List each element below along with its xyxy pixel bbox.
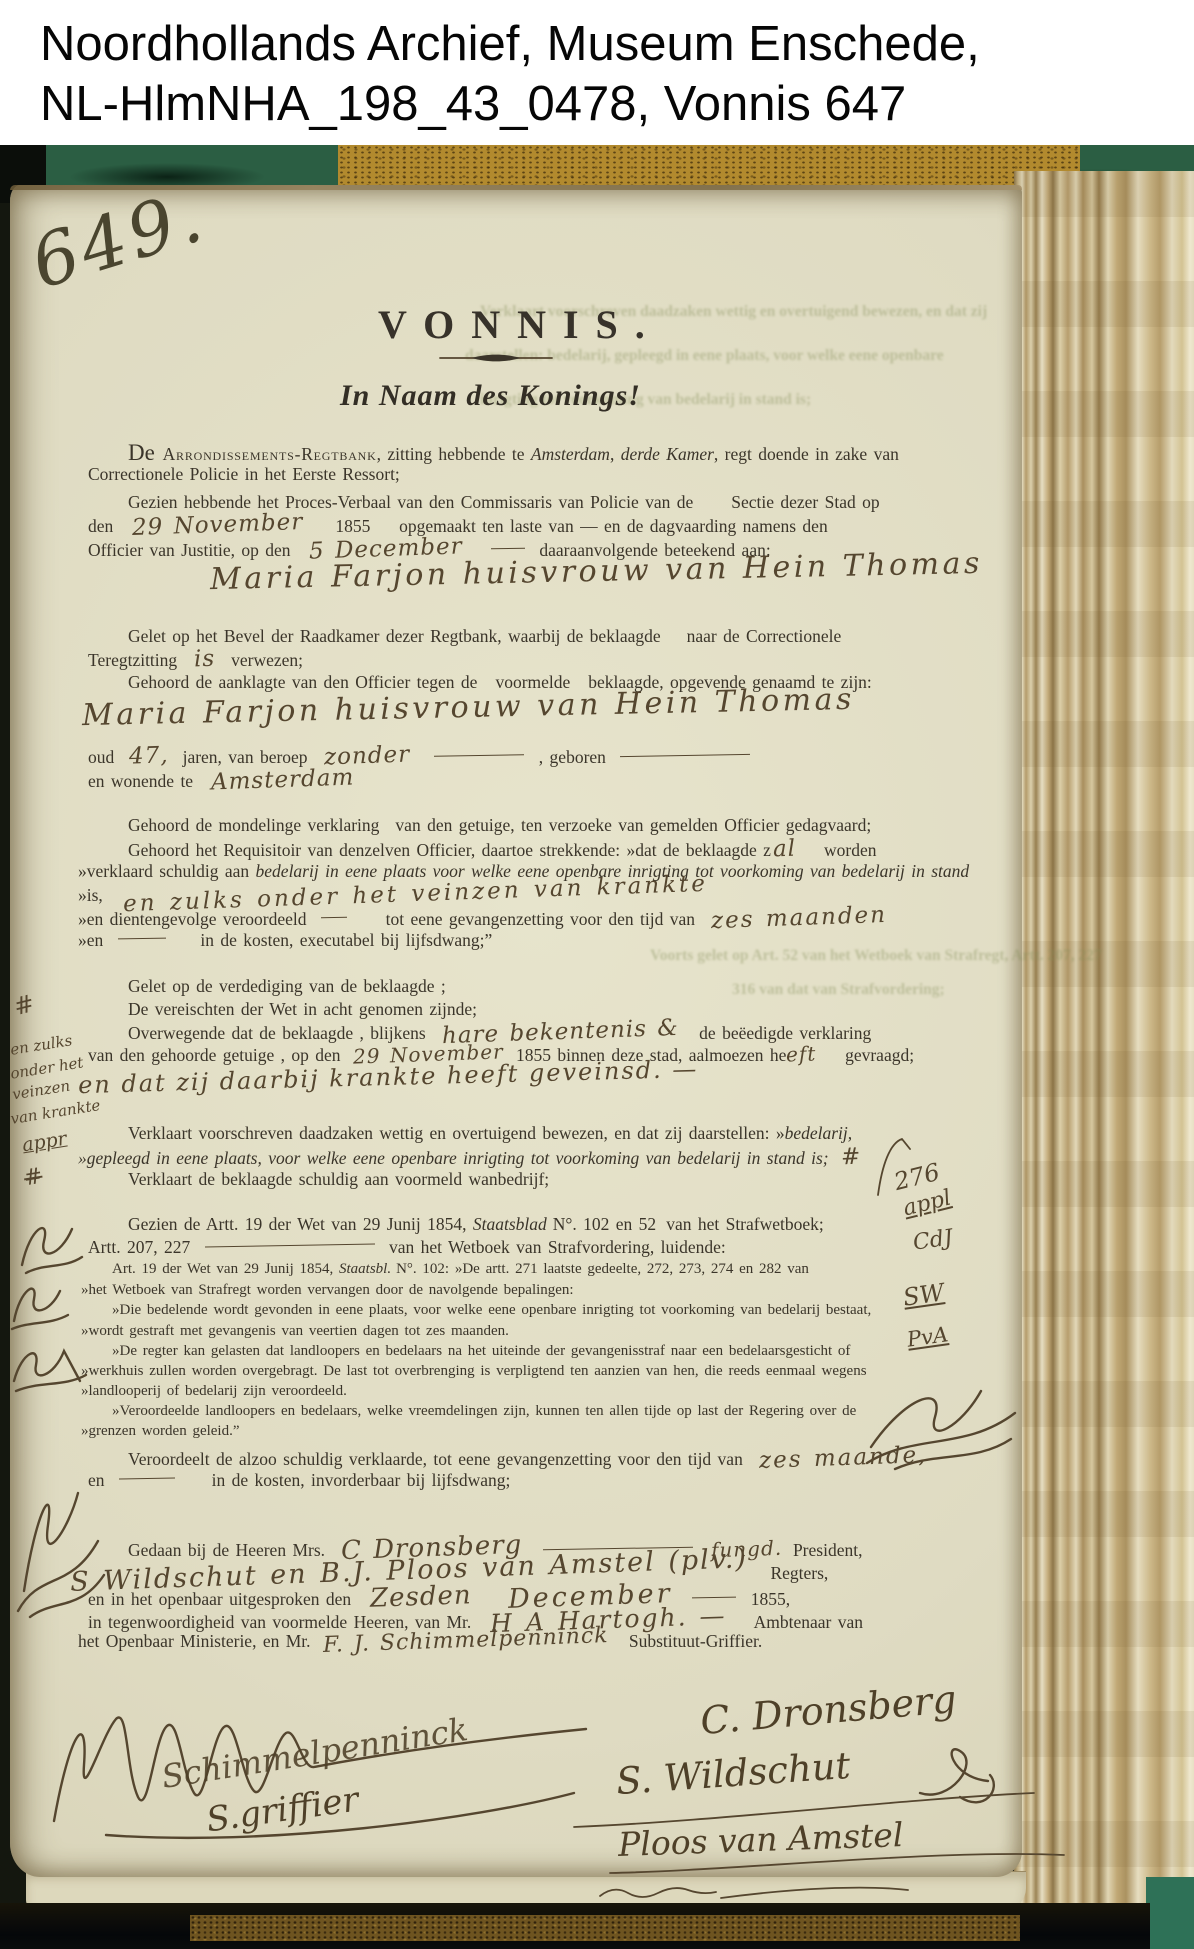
printed-text: Artt. 207, 227 — [88, 1237, 190, 1257]
printed-text: het Openbaar Ministerie, en Mr. — [78, 1631, 311, 1651]
ink-dash — [692, 1597, 736, 1599]
printed-text: Gezien hebbende het Proces-Verbaal van d… — [128, 492, 693, 512]
printed-text: Staatsbl. — [339, 1261, 391, 1277]
body-line: Gelet op de verdediging van de beklaagde… — [128, 976, 446, 996]
partial-signature-squiggle — [596, 1878, 916, 1904]
body-line-teregtzitting: Teregtzitting is verwezen; — [88, 648, 303, 671]
printed-text: en wonende te — [88, 771, 193, 791]
printed-text: , geboren — [539, 747, 606, 767]
royal-motto: In Naam des Konings! — [340, 379, 641, 413]
printed-text: van den getuige — [395, 815, 510, 835]
printed-text: , zitting hebbende te — [377, 444, 531, 464]
body-line-wetten: Gezien de Artt. 19 der Wet van 29 Junij … — [128, 1214, 824, 1234]
statute-line: »landlooperij of bedelarij zijn veroorde… — [81, 1383, 347, 1400]
body-line-proces-verbaal: Gezien hebbende het Proces-Verbaal van d… — [128, 492, 880, 512]
statute-line: »grenzen worden geleid.” — [81, 1423, 240, 1440]
banner-line-1: Noordhollands Archief, Museum Enschede, — [40, 16, 980, 72]
body-line-personalia: oud 47, jaren, van beroep zonder , gebor… — [88, 745, 758, 768]
printed-text: Gehoord het Requisitoir van denzelven Of… — [128, 840, 771, 860]
margin-paraph-squiggle — [10, 1273, 76, 1335]
ink-dash — [205, 1244, 375, 1248]
handwritten-insertion-mark: # — [841, 1146, 862, 1170]
printed-text: Regters, — [770, 1563, 828, 1583]
printed-text: Amsterdam — [531, 444, 610, 464]
printed-text: »en — [78, 930, 103, 950]
handwritten-word: al — [773, 838, 797, 862]
body-line-residence: en wonende te Amsterdam — [88, 769, 355, 792]
body-line-raadkamer: Gelet op het Bevel der Raadkamer dezer R… — [128, 626, 841, 646]
body-line: De vereischten der Wet in acht genomen z… — [128, 999, 477, 1019]
banner-line-2: NL-HlmNHA_198_43_0478, Vonnis 647 — [40, 76, 906, 132]
printed-text: worden — [824, 840, 876, 860]
margin-initials: SW — [901, 1278, 946, 1311]
archive-banner: Noordhollands Archief, Museum Enschede, … — [0, 0, 1194, 145]
ink-dash — [491, 548, 525, 550]
printed-text: De — [128, 440, 163, 465]
document-scan: Verklaart voorschreven daadzaken wettig … — [0, 145, 1194, 1949]
margin-initials: PvA — [906, 1322, 950, 1351]
margin-paraph-flourish — [865, 1377, 1025, 1473]
printed-text: Ambtenaar van — [754, 1612, 863, 1632]
ink-dash — [434, 755, 524, 758]
showthrough-text: Voorts gelet op Art. 52 van het Wetboek … — [650, 947, 1102, 965]
showthrough-text: 316 van dat van Strafvordering; — [732, 981, 945, 999]
printed-text: de beëedigde verklaring — [699, 1023, 871, 1043]
printed-text: , regt doende in zake van — [714, 444, 899, 464]
stacked-page-edges — [1014, 171, 1194, 1949]
signature-judge-president: C. Dronsberg — [699, 1680, 958, 1740]
printed-text: Verklaart voorschreven daadzaken wettig … — [128, 1123, 785, 1143]
printed-text: Gehoord de aanklagte van den Officier te… — [128, 672, 477, 692]
statute-line: »wordt gestraft met gevangenis van veert… — [81, 1323, 509, 1340]
printed-text: Veroordeelt de alzoo schuldig verklaarde… — [128, 1449, 743, 1469]
body-line: Verklaart de beklaagde schuldig aan voor… — [128, 1169, 549, 1189]
body-line-verdict: Veroordeelt de alzoo schuldig verklaarde… — [128, 1447, 928, 1470]
printed-text: jaren, van beroep — [183, 747, 308, 767]
signature-underline-flourish — [608, 1847, 1070, 1877]
body-line-artt: Artt. 207, 227 van het Wetboek van Straf… — [88, 1237, 726, 1257]
statute-line: »Die bedelende wordt gevonden in eene pl… — [112, 1302, 871, 1319]
body-line: Correctionele Policie in het Eerste Ress… — [88, 464, 400, 484]
printed-text: in de kosten, invorderbaar bij lijfsdwan… — [212, 1470, 511, 1490]
printed-text: naar de Correctionele — [687, 626, 842, 646]
body-line-intro: De Arrondissements-Regtbank, zitting heb… — [128, 440, 899, 466]
printed-text: 1855 — [335, 516, 370, 536]
printed-text: in de kosten, executabel bij lijfsdwang;… — [200, 930, 492, 950]
handwritten-sentence-duration: zes maanden — [711, 904, 888, 933]
printed-text: N°. 102: »De artt. 271 laatste gedeelte,… — [396, 1261, 809, 1277]
printed-text: gevraagd; — [845, 1045, 914, 1065]
printed-text: van het Strafwetboek; — [666, 1214, 824, 1234]
printed-text: opgemaakt ten laste van — en de dagvaard… — [399, 516, 828, 536]
document-title: VONNIS. — [378, 301, 662, 348]
printed-text: van het Wetboek van Strafvordering, luid… — [389, 1237, 726, 1257]
background-corner — [1146, 1877, 1194, 1949]
title-divider-ornament — [438, 351, 554, 365]
handwritten-age: 47, — [128, 744, 168, 768]
printed-text: N°. 102 en 52 — [553, 1214, 656, 1234]
body-line-kosten: »en in de kosten, executabel bij lijfsdw… — [78, 930, 492, 950]
printed-text: »gepleegd in eene plaats, voor welke een… — [78, 1148, 829, 1168]
margin-note: onder het — [9, 1053, 85, 1082]
statute-line: »werkhuis zullen worden overgebragt. De … — [81, 1363, 867, 1380]
margin-insertion-mark-struck: # — [22, 1164, 44, 1192]
ink-dash — [321, 917, 347, 918]
body-line-kosten-2: en in de kosten, invorderbaar bij lijfsd… — [88, 1470, 510, 1490]
printed-text: 1855, — [751, 1589, 790, 1609]
printed-text: Overwegende dat de beklaagde , blijkens — [128, 1023, 426, 1043]
printed-text: Art. 19 der Wet van 29 Junij 1854, — [112, 1261, 339, 1277]
printed-text: den — [88, 516, 113, 536]
printed-text: Officier van Justitie, op den — [88, 540, 291, 560]
printed-text: derde Kamer — [621, 444, 714, 464]
handwritten-clerk-name: F. J. Schimmelpenninck — [323, 1625, 609, 1657]
handwritten-date: 29 November — [131, 511, 303, 540]
body-line-gepleegd: »gepleegd in eene plaats, voor welke een… — [78, 1146, 861, 1169]
printed-text: tot eene gevangenzetting voor den tijd v… — [386, 909, 695, 929]
printed-text: oud — [88, 747, 114, 767]
clerk-signature-flourish — [46, 1701, 626, 1851]
ink-dash — [620, 754, 750, 757]
body-line-requisitoir: Gehoord het Requisitoir van denzelven Of… — [128, 838, 877, 861]
margin-paraph-flourish — [10, 1471, 108, 1623]
margin-note: en zulks — [9, 1031, 74, 1059]
body-line-regters: S Wildschut en B.J. Ploos van Amstel (pl… — [70, 1557, 828, 1584]
book-page: Verklaart voorschreven daadzaken wettig … — [10, 185, 1022, 1877]
body-line-zulks: »is, en zulks onder het veinzen van kran… — [78, 883, 708, 906]
printed-text: Gehoord de mondelinge verklaring — [128, 815, 379, 835]
printed-text: , ten verzoeke van gemelden Officier ged… — [510, 815, 871, 835]
printed-text: »verklaard schuldig aan — [78, 861, 256, 881]
printed-text: en in het openbaar uitgesproken den — [88, 1589, 351, 1609]
printed-text: Staatsblad — [473, 1214, 547, 1234]
printed-text: bedelarij, — [785, 1123, 853, 1143]
screenshot-root: Noordhollands Archief, Museum Enschede, … — [0, 0, 1194, 1949]
margin-paraph-squiggle — [16, 1213, 88, 1281]
printed-text: , — [610, 444, 621, 464]
statute-line: »het Wetboek van Strafregt worden vervan… — [81, 1282, 574, 1299]
printed-text: van den gehoorde getuige , op den — [88, 1045, 341, 1065]
ink-dash — [119, 1478, 175, 1480]
ink-dash — [118, 938, 166, 940]
folio-number: 649. — [22, 173, 215, 305]
statute-line: »Veroordeelde landloopers en bedelaars, … — [112, 1403, 856, 1420]
printed-text: Gezien de Artt. 19 der Wet van 29 Junij … — [128, 1214, 473, 1234]
printed-text: »en dientengevolge veroordeeld — [78, 909, 307, 929]
body-line-getuige: Gehoord de mondelinge verklaringvan den … — [128, 815, 871, 835]
margin-initials: CdJ — [911, 1225, 954, 1255]
body-line-veroordeeld: »en dientengevolge veroordeeld tot eene … — [78, 907, 887, 930]
body-line-griffier: het Openbaar Ministerie, en Mr. F. J. Sc… — [78, 1630, 762, 1652]
printed-text: Sectie dezer Stad op — [731, 492, 879, 512]
printed-text: Arrondissements-Regtbank — [163, 444, 377, 464]
body-line-bewezen: Verklaart voorschreven daadzaken wettig … — [128, 1123, 852, 1143]
margin-insertion-mark: # — [11, 989, 37, 1021]
statute-line: »De regter kan gelasten dat landloopers … — [112, 1343, 850, 1360]
printed-text: »is, — [78, 885, 103, 905]
margin-approval-note: appr — [21, 1128, 69, 1157]
margin-paraph-squiggle — [10, 1337, 90, 1401]
handwritten-word: eft — [786, 1043, 817, 1064]
handwritten-city: Amsterdam — [211, 767, 355, 795]
handwritten-word: is — [193, 648, 215, 672]
printed-text: verwezen; — [231, 650, 303, 670]
statute-line: Art. 19 der Wet van 29 Junij 1854, Staat… — [112, 1261, 809, 1278]
book-cover-edge-strip — [190, 1915, 1020, 1941]
printed-text: Gelet op het Bevel der Raadkamer dezer R… — [128, 626, 661, 646]
printed-text: Teregtzitting — [88, 650, 177, 670]
printed-text: Substituut-Griffier. — [629, 1631, 762, 1651]
